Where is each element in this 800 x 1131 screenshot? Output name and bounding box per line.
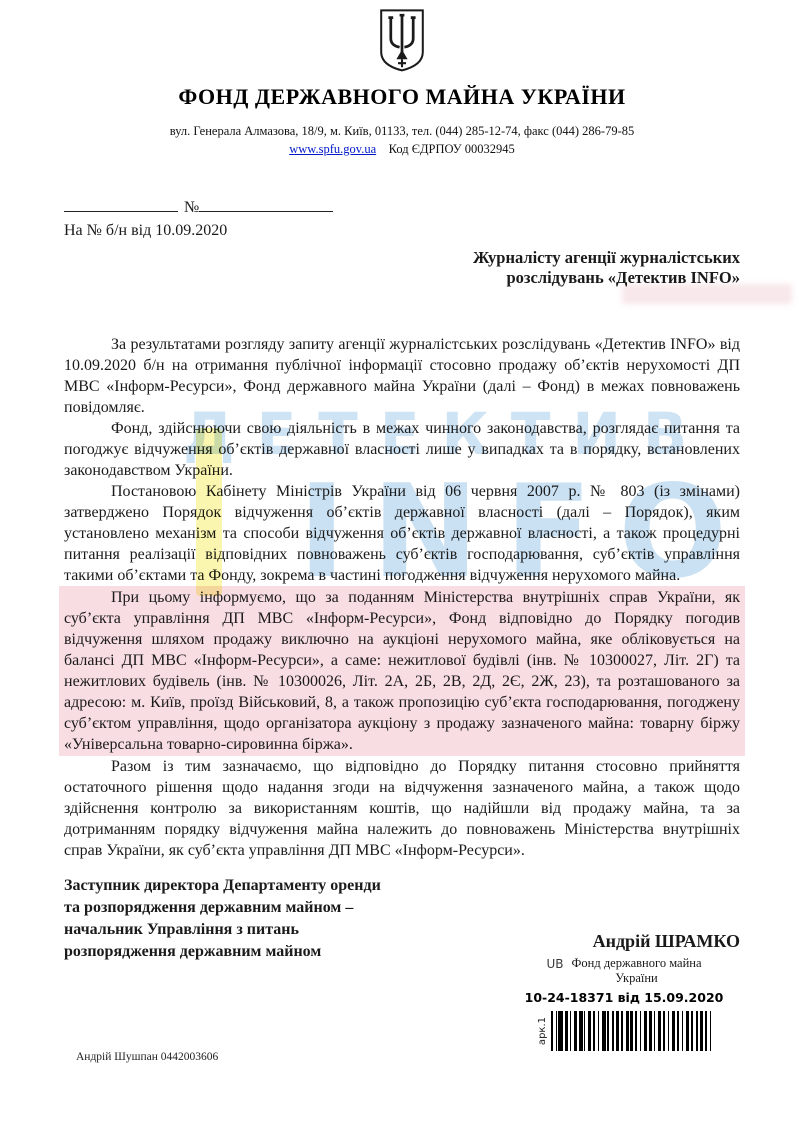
sheet-count-label: арк.1: [537, 1017, 548, 1045]
recipient-line2: розслідувань «Детектив INFO»: [64, 268, 740, 288]
stamp-ub-mark: UB: [547, 956, 564, 972]
signer-name: Андрій ШРАМКО: [593, 931, 740, 952]
body-paragraph-1: За результатами розгляду запиту агенції …: [64, 334, 740, 418]
organization-title: ФОНД ДЕРЖАВНОГО МАЙНА УКРАЇНИ: [64, 84, 740, 110]
stamp-organization: Фонд державного майна України: [572, 956, 702, 986]
signer-position: Заступник директора Департаменту оренди …: [64, 875, 494, 963]
body-paragraph-4-highlighted: При цьому інформуємо, що за поданням Мін…: [64, 587, 740, 755]
highlighted-paragraph-wrap: При цьому інформуємо, що за поданням Мін…: [59, 586, 745, 756]
outgoing-number-line: №: [64, 197, 740, 217]
e-signature-stamp: UB Фонд державного майна України: [547, 956, 702, 986]
body-paragraph-3: Постановою Кабінету Міністрів України ві…: [64, 481, 740, 586]
number-blank-line: [199, 197, 333, 212]
recipient-block: Журналісту агенції журналістських розслі…: [64, 248, 740, 288]
signature-block: Заступник директора Департаменту оренди …: [64, 875, 740, 1051]
body-paragraph-2: Фонд, здійснюючи свою діяльність в межах…: [64, 418, 740, 481]
number-sign: №: [184, 199, 199, 216]
signature-stamp-column: Андрій ШРАМКО UB Фонд державного майна У…: [508, 931, 740, 1051]
barcode-row: арк.1: [537, 1011, 711, 1051]
date-blank-line: [64, 197, 178, 212]
letter-body: За результатами розгляду запиту агенції …: [64, 334, 740, 861]
organization-address: вул. Генерала Алмазова, 18/9, м. Київ, 0…: [64, 124, 740, 139]
body-paragraph-5: Разом із тим зазначаємо, що відповідно д…: [64, 756, 740, 861]
ukraine-trident-emblem-icon: [378, 8, 426, 72]
signer-position-line4: розпорядження державним майном: [64, 941, 494, 963]
signer-position-line3: начальник Управління з питань: [64, 919, 494, 941]
edrpou-code: Код ЄДРПОУ 00032945: [389, 142, 515, 156]
letterhead: ФОНД ДЕРЖАВНОГО МАЙНА УКРАЇНИ вул. Генер…: [64, 8, 740, 157]
website-link[interactable]: www.spfu.gov.ua: [289, 142, 376, 156]
stamp-org-line1: Фонд державного майна: [572, 956, 702, 970]
signer-position-line2: та розпорядження державним майном –: [64, 897, 494, 919]
executor-contact: Андрій Шушпан 0442003606: [76, 1051, 218, 1063]
reply-reference-line: На № б/н від 10.09.2020: [64, 222, 740, 240]
recipient-line1: Журналісту агенції журналістських: [64, 248, 740, 268]
signer-position-line1: Заступник директора Департаменту оренди: [64, 875, 494, 897]
scanned-letter-page: ДЕТЕКТИВ INFO ФОНД ДЕРЖАВНОГО МАЙНА УКРА…: [0, 0, 800, 1131]
stamp-org-line2: України: [615, 971, 657, 985]
organization-webline: www.spfu.gov.ua Код ЄДРПОУ 00032945: [64, 142, 740, 157]
registration-number-line: 10-24-18371 від 15.09.2020: [525, 990, 724, 1005]
registration-barcode: [551, 1011, 711, 1051]
reference-block: № На № б/н від 10.09.2020: [64, 197, 740, 240]
